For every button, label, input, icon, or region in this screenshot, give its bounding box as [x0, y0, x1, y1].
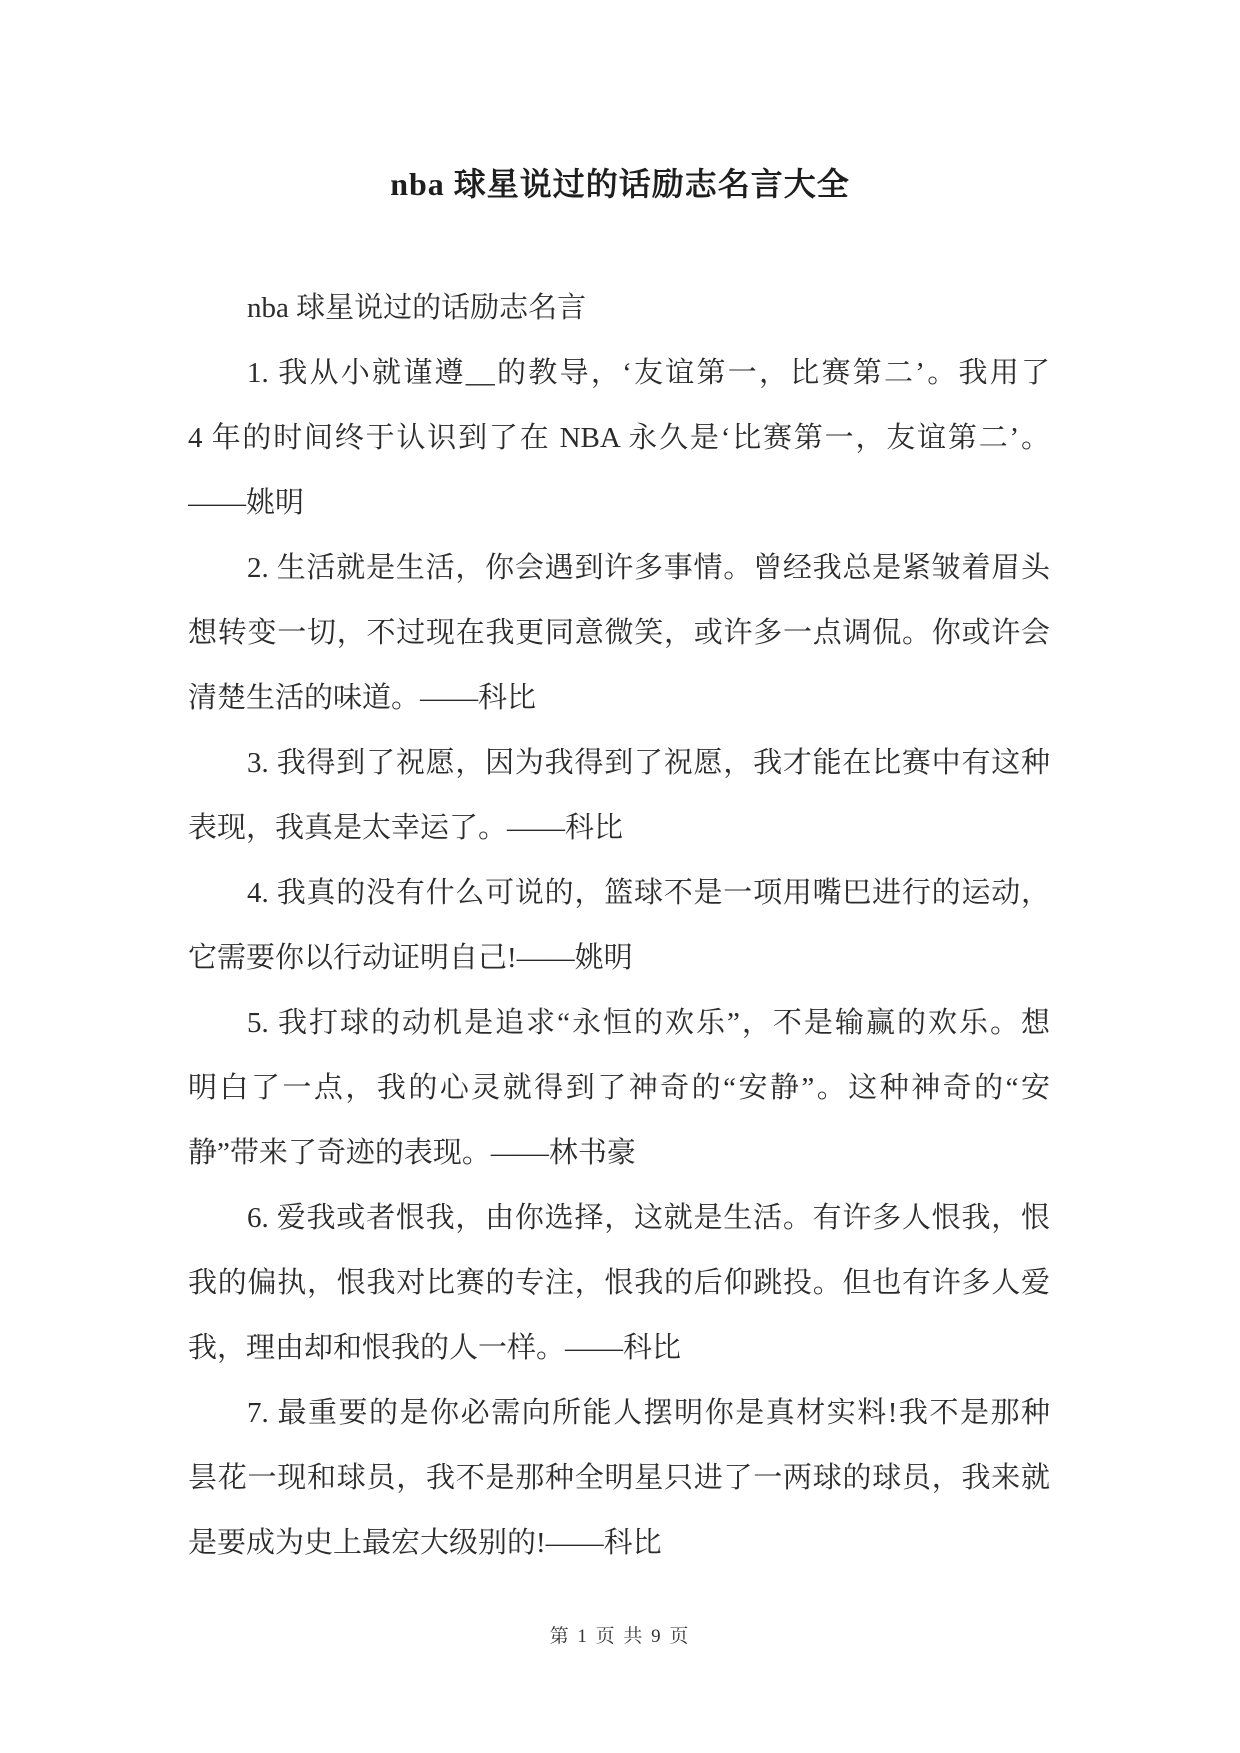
text-line: 6. 爱我或者恨我，由你选择，这就是生活。有许多人恨我，恨 — [188, 1186, 1050, 1251]
text-line: 静”带来了奇迹的表现。——林书豪 — [188, 1121, 1050, 1186]
text-line: 明白了一点，我的心灵就得到了神奇的“安静”。这种神奇的“安 — [188, 1056, 1050, 1121]
document-title: nba 球星说过的话励志名言大全 — [0, 162, 1240, 206]
text-line: 表现，我真是太幸运了。——科比 — [188, 796, 1050, 861]
text-line: 4. 我真的没有什么可说的，篮球不是一项用嘴巴进行的运动， — [188, 861, 1050, 926]
text-line: 1. 我从小就谨遵__的教导，‘友谊第一，比赛第二’。我用了 — [188, 341, 1050, 406]
text-line: 5. 我打球的动机是追求“永恒的欢乐”，不是输赢的欢乐。想 — [188, 991, 1050, 1056]
text-line: nba 球星说过的话励志名言 — [188, 276, 1050, 341]
text-line: 它需要你以行动证明自己!——姚明 — [188, 926, 1050, 991]
text-line: 是要成为史上最宏大级别的!——科比 — [188, 1511, 1050, 1576]
text-line: 清楚生活的味道。——科比 — [188, 666, 1050, 731]
text-line: 我，理由却和恨我的人一样。——科比 — [188, 1316, 1050, 1381]
text-line: 我的偏执，恨我对比赛的专注，恨我的后仰跳投。但也有许多人爱 — [188, 1251, 1050, 1316]
text-line: 7. 最重要的是你必需向所能人摆明你是真材实料!我不是那种 — [188, 1381, 1050, 1446]
text-line: 2. 生活就是生活，你会遇到许多事情。曾经我总是紧皱着眉头 — [188, 536, 1050, 601]
text-line: 3. 我得到了祝愿，因为我得到了祝愿，我才能在比赛中有这种 — [188, 731, 1050, 796]
page-number: 第 1 页 共 9 页 — [0, 1622, 1240, 1652]
text-line: 昙花一现和球员，我不是那种全明星只进了一两球的球员，我来就 — [188, 1446, 1050, 1511]
document-body: nba 球星说过的话励志名言 1. 我从小就谨遵__的教导，‘友谊第一，比赛第二… — [188, 276, 1050, 1576]
text-line: ——姚明 — [188, 471, 1050, 536]
text-line: 4 年的时间终于认识到了在 NBA 永久是‘比赛第一，友谊第二’。 — [188, 406, 1050, 471]
document-page: nba 球星说过的话励志名言大全 nba 球星说过的话励志名言 1. 我从小就谨… — [0, 0, 1240, 1753]
text-line: 想转变一切，不过现在我更同意微笑，或许多一点调侃。你或许会 — [188, 601, 1050, 666]
